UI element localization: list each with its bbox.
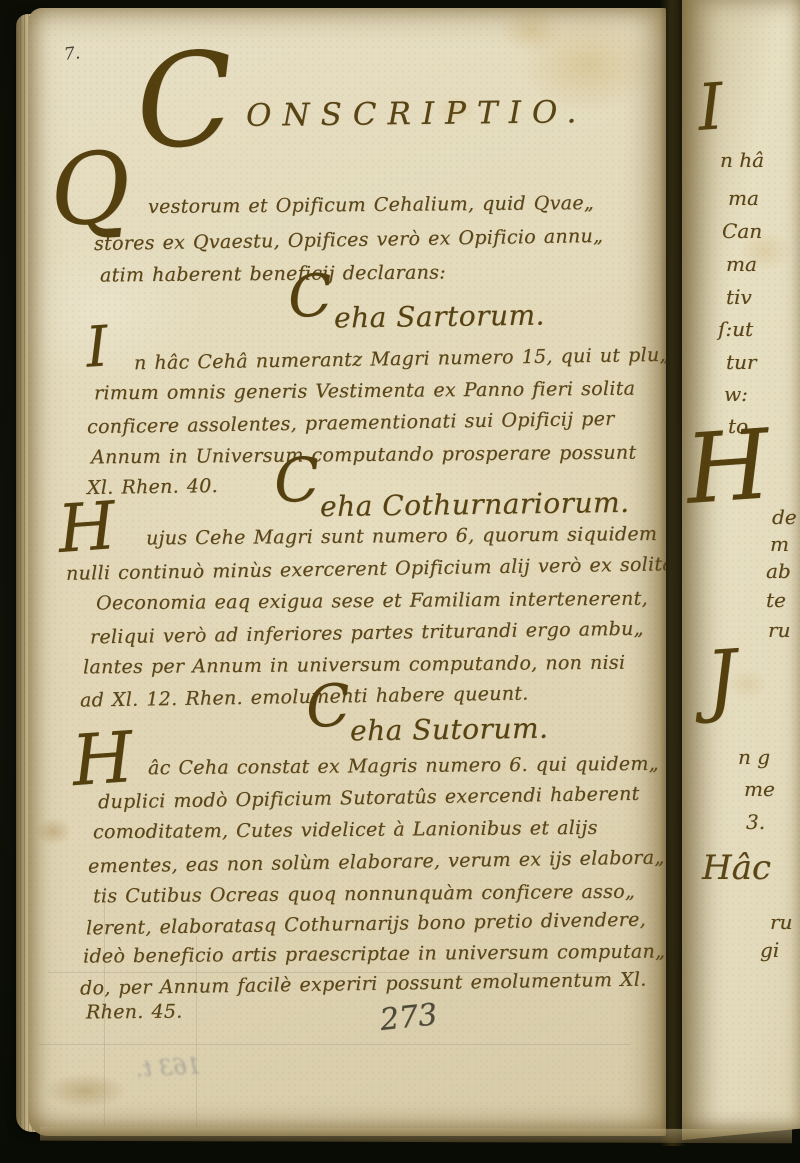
manuscript-line-fragment: n g — [738, 745, 770, 769]
manuscript-line-fragment: Can — [722, 219, 762, 243]
illuminated-initial-title: C — [133, 49, 238, 155]
manuscript-line: conficere assolentes, praementionati sui… — [87, 408, 615, 438]
left-page: 7. C ONSCRIPTIO. Q vestorum et Opificum … — [28, 8, 666, 1136]
bleed-through-rule — [104, 886, 105, 1132]
manuscript-line: Rhen. 45. — [86, 1001, 183, 1024]
illuminated-initial: H — [683, 427, 772, 508]
manuscript-line: Oeconomia eaq exigua sese et Familiam in… — [96, 588, 648, 615]
manuscript-line: do, per Annum facilè experiri possunt em… — [80, 969, 647, 1000]
bleed-through-rule — [38, 1044, 630, 1045]
paragraph-initial: H — [56, 500, 117, 555]
manuscript-line: atim haberent beneficij declarans: — [100, 261, 446, 286]
manuscript-line: nulli continuò minùs exercerent Opificiu… — [66, 553, 666, 585]
manuscript-line-fragment: 3. — [746, 810, 765, 834]
manuscript-heading-fragment: Hâc — [702, 848, 771, 888]
manuscript-line-fragment: ru — [770, 910, 792, 934]
manuscript-line-fragment: ab — [766, 559, 791, 583]
bottom-page-number: 273 — [378, 997, 439, 1038]
manuscript-line-fragment: w: — [724, 382, 748, 406]
manuscript-line-fragment: me — [744, 777, 775, 801]
heading-initial-sartorum: C — [286, 273, 333, 321]
illuminated-initial: I — [696, 83, 725, 135]
manuscript-line: lerent, elaboratasq Cothurnarijs bono pr… — [86, 909, 646, 940]
folio-number: 7. — [63, 43, 81, 65]
bleed-through-text: 163 t. — [135, 1054, 201, 1082]
manuscript-line-fragment: ma — [728, 186, 759, 210]
paragraph-initial: I — [85, 325, 110, 370]
bleed-through-rule — [48, 972, 608, 973]
manuscript-line-fragment: m — [770, 532, 789, 556]
bleed-through-rule — [196, 936, 197, 1132]
manuscript-line-fragment: ma — [726, 252, 757, 276]
paragraph-initial: H — [70, 730, 135, 789]
book-bottom-edge — [40, 1127, 792, 1144]
manuscript-line-fragment: de — [772, 505, 797, 529]
manuscript-line-fragment: te — [766, 588, 786, 612]
manuscript-line: reliqui verò ad inferiores partes tritur… — [90, 618, 644, 649]
manuscript-line: vestorum et Opificum Cehalium, quid Qvae… — [148, 192, 594, 218]
section-heading-sutorum: eha Sutorum. — [350, 712, 549, 748]
manuscript-line: ujus Cehe Magri sunt numero 6, quorum si… — [146, 523, 666, 550]
manuscript-line: stores ex Qvaestu, Opifices verò ex Opif… — [94, 225, 603, 255]
manuscript-line: lantes per Annum in universum computando… — [83, 652, 625, 679]
manuscript-line-fragment: ru — [768, 618, 790, 642]
manuscript-line-fragment: tiv — [726, 285, 752, 309]
manuscript-line: duplici modò Opificium Sutoratûs exercen… — [98, 783, 640, 814]
manuscript-line-fragment: tur — [726, 350, 756, 374]
manuscript-line-fragment: gi — [760, 938, 779, 962]
manuscript-line: rimum omnis generis Vestimenta ex Panno … — [94, 378, 635, 405]
heading-initial-sutorum: C — [304, 683, 351, 731]
manuscript-line: comoditatem, Cutes videlicet à Lanionibu… — [93, 817, 598, 843]
illuminated-initial: J — [704, 649, 739, 712]
manuscript-line: Annum in Universum computando prosperare… — [91, 442, 637, 469]
manuscript-line: n hâc Cehâ numerantz Magri numero 15, qu… — [134, 344, 666, 374]
manuscript-line: âc Ceha constat ex Magris numero 6. qui … — [148, 753, 659, 779]
manuscript-line: ementes, eas non solùm elaborare, verum … — [88, 846, 665, 877]
section-heading-cothurnariorum: eha Cothurnariorum. — [320, 486, 630, 523]
illuminated-initial-intro: Q — [47, 149, 132, 231]
page-title: ONSCRIPTIO. — [246, 94, 588, 134]
manuscript-line: tis Cutibus Ocreas quoq nonnunquàm confi… — [93, 881, 635, 908]
right-page-sliver: I n hâ ma Can ma tiv ſ:ut tur w: to H de… — [682, 0, 800, 1140]
manuscript-line-fragment: n hâ — [720, 148, 764, 172]
manuscript-line-fragment: ſ:ut — [718, 317, 753, 341]
manuscript-photo: 7. C ONSCRIPTIO. Q vestorum et Opificum … — [0, 0, 800, 1163]
heading-initial-cothurnariorum: C — [272, 456, 321, 506]
section-heading-sartorum: eha Sartorum. — [334, 299, 545, 335]
manuscript-line: ideò beneficio artis praescriptae in uni… — [83, 940, 665, 967]
